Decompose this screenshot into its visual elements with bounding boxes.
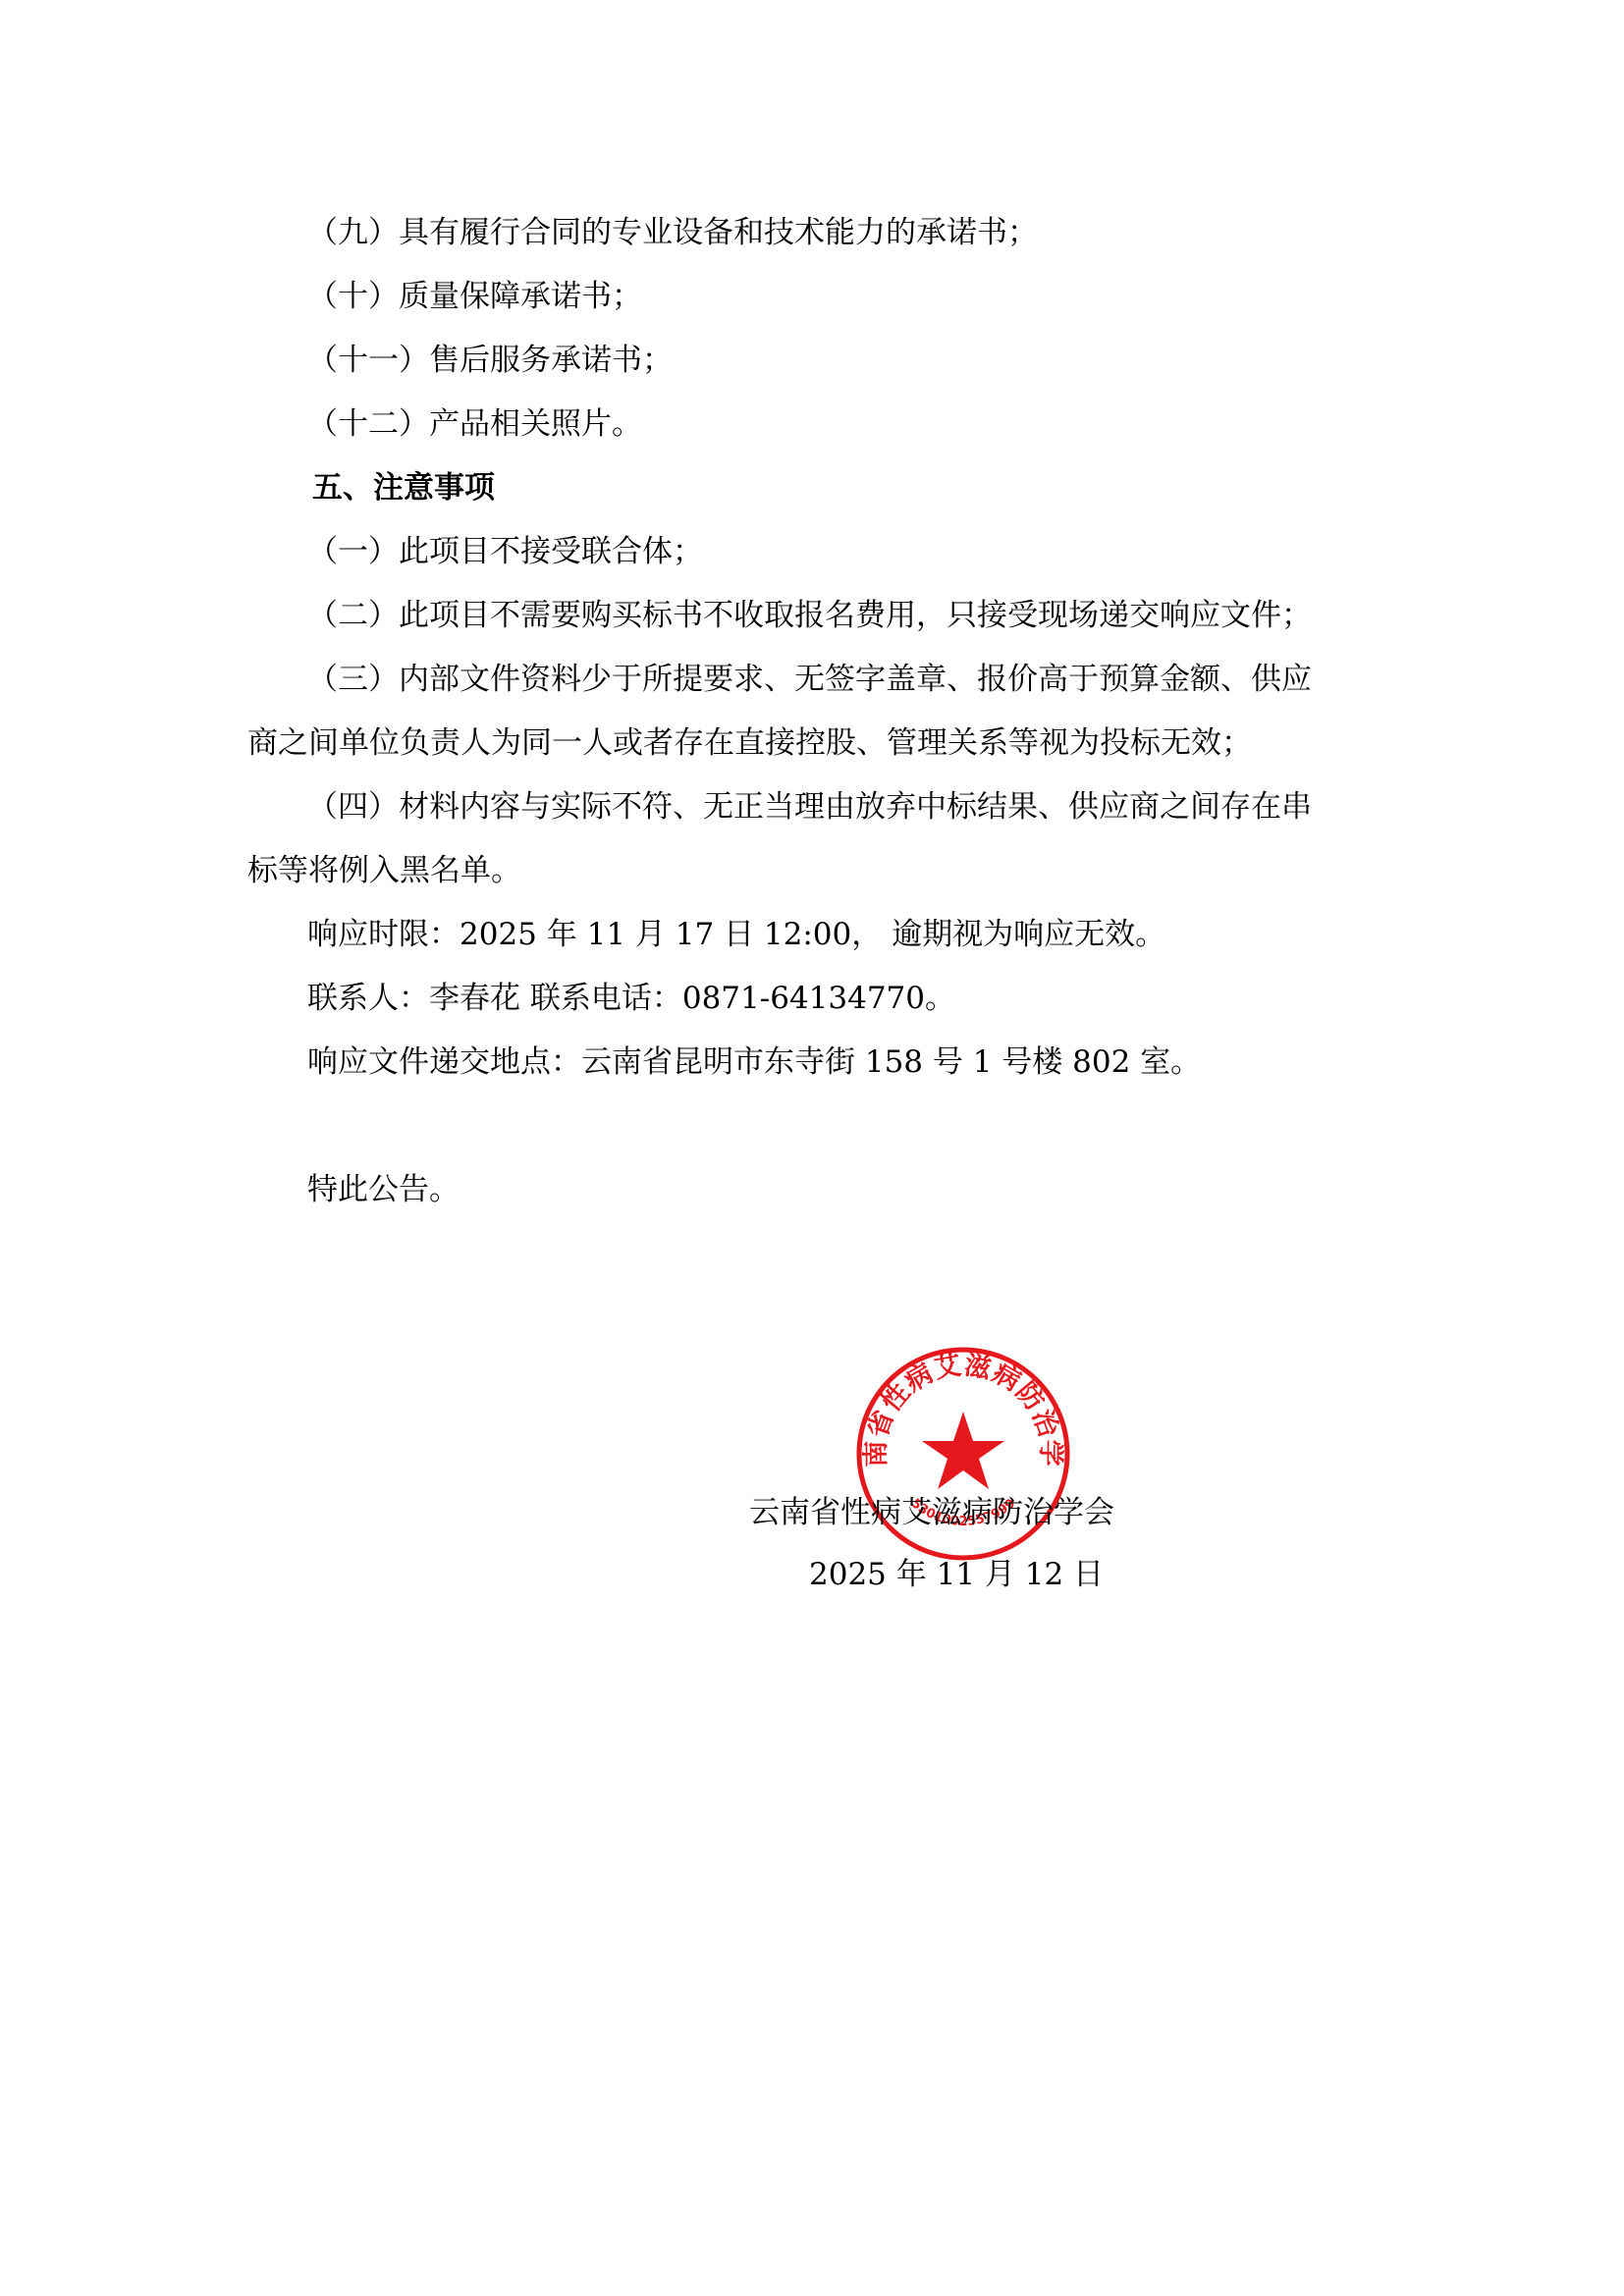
submission-address: 响应文件递交地点：云南省昆明市东寺街 158 号 1 号楼 802 室。 (307, 1042, 1201, 1082)
notice-item-4-line1: （四）材料内容与实际不符、无正当理由放弃中标结果、供应商之间存在串 (307, 787, 1312, 827)
closing-statement: 特此公告。 (307, 1170, 460, 1209)
response-deadline: 响应时限：2025 年 11 月 17 日 12:00， 逾期视为响应无效。 (307, 915, 1165, 954)
signing-date: 2025 年 11 月 12 日 (809, 1555, 1104, 1594)
notice-item-3-line1: （三）内部文件资料少于所提要求、无签字盖章、报价高于预算金额、供应 (307, 660, 1312, 699)
contact-info: 联系人：李春花 联系电话：0871-64134770。 (307, 979, 955, 1018)
notice-item-2: （二）此项目不需要购买标书不收取报名费用，只接受现场递交响应文件； (307, 596, 1312, 635)
signing-organization: 云南省性病艾滋病防治学会 (749, 1493, 1114, 1532)
notice-item-1: （一）此项目不接受联合体； (307, 532, 703, 571)
section-heading: 五、注意事项 (312, 468, 495, 507)
list-item-11: （十一）售后服务承诺书； (307, 341, 673, 380)
notice-item-3-line2: 商之间单位负责人为同一人或者存在直接控股、管理关系等视为投标无效； (247, 723, 1252, 763)
list-item-10: （十）质量保障承诺书； (307, 277, 642, 316)
document-page: （九）具有履行合同的专业设备和技术能力的承诺书； （十）质量保障承诺书； （十一… (0, 0, 1624, 2296)
list-item-12: （十二）产品相关照片。 (307, 404, 642, 444)
notice-item-4-line2: 标等将例入黑名单。 (247, 851, 521, 890)
list-item-9: （九）具有履行合同的专业设备和技术能力的承诺书； (307, 213, 1038, 252)
